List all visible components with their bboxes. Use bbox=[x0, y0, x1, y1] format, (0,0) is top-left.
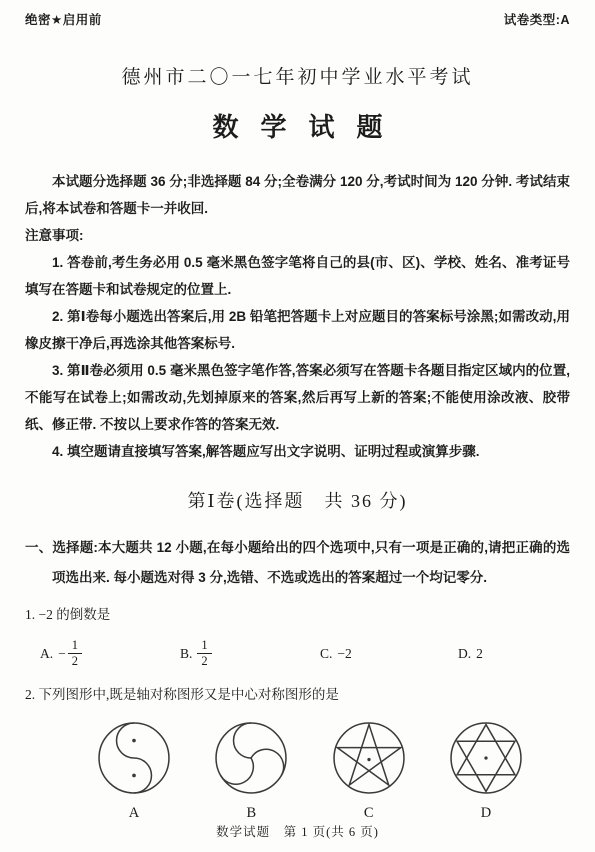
paper-type-label: 试卷类型:A bbox=[504, 10, 570, 28]
q2-figure-a: A bbox=[95, 720, 173, 822]
q2-figure-c: C bbox=[330, 720, 408, 822]
triple-swirl-icon bbox=[213, 720, 289, 796]
q1-option-c: C. −2 bbox=[320, 646, 458, 662]
question-1-options: A. − 12 B. 12 C. −2 D. 2 bbox=[25, 638, 570, 669]
option-value: −2 bbox=[337, 646, 351, 662]
figure-label: C bbox=[330, 805, 408, 822]
q2-figure-b: B bbox=[212, 720, 290, 822]
q2-figure-d: D bbox=[447, 720, 525, 822]
fraction-denominator: 2 bbox=[68, 653, 82, 669]
option-label: D. bbox=[458, 646, 471, 662]
q1-option-b: B. 12 bbox=[180, 638, 320, 669]
fraction-denominator: 2 bbox=[197, 653, 211, 669]
option-value: 2 bbox=[476, 646, 483, 662]
paper-title-wrap: 数学试题 bbox=[25, 107, 570, 144]
notice-label: 注意事项: bbox=[25, 222, 570, 249]
intro-paragraph: 本试题分选择题 36 分;非选择题 84 分;全卷满分 120 分,考试时间为 … bbox=[25, 168, 570, 222]
fraction: 12 bbox=[68, 638, 82, 669]
section-1-instructions: 一、选择题:本大题共 12 小题,在每小题给出的四个选项中,只有一项是正确的,请… bbox=[25, 533, 570, 593]
fraction-numerator: 1 bbox=[68, 638, 82, 653]
note-3: 3. 第Ⅱ卷必须用 0.5 毫米黑色签字笔作答,答案必须写在答题卡各题目指定区域… bbox=[25, 357, 570, 438]
option-label: A. bbox=[40, 646, 53, 662]
page-footer: 数学试题 第 1 页(共 6 页) bbox=[0, 822, 595, 840]
page-header: 绝密★启用前 试卷类型:A bbox=[25, 0, 570, 28]
section-1-title: 第Ⅰ卷(选择题 共 36 分) bbox=[25, 487, 570, 513]
figure-label: B bbox=[212, 805, 290, 822]
minus-sign: − bbox=[58, 646, 66, 662]
hexagram-icon bbox=[448, 720, 524, 796]
question-2-figures: A B C bbox=[95, 720, 525, 822]
fraction: 12 bbox=[197, 638, 211, 669]
paper-title: 数学试题 bbox=[212, 107, 404, 144]
fraction-numerator: 1 bbox=[197, 638, 211, 653]
exam-paper-page: 绝密★启用前 试卷类型:A 德州市二〇一七年初中学业水平考试 数学试题 本试题分… bbox=[0, 0, 595, 852]
pentagram-icon bbox=[331, 720, 407, 796]
yin-yang-icon bbox=[96, 720, 172, 796]
confidential-label: 绝密★启用前 bbox=[25, 10, 102, 28]
note-1: 1. 答卷前,考生务必用 0.5 毫米黑色签字笔将自己的县(市、区)、学校、姓名… bbox=[25, 249, 570, 303]
note-4: 4. 填空题请直接填写答案,解答题应写出文字说明、证明过程或演算步骤. bbox=[25, 438, 570, 465]
note-2: 2. 第Ⅰ卷每小题选出答案后,用 2B 铅笔把答题卡上对应题目的答案标号涂黑;如… bbox=[25, 303, 570, 357]
option-label: C. bbox=[320, 646, 332, 662]
figure-label: D bbox=[447, 805, 525, 822]
exam-title: 德州市二〇一七年初中学业水平考试 bbox=[25, 62, 570, 89]
q1-option-a: A. − 12 bbox=[40, 638, 180, 669]
question-1-text: 1. −2 的倒数是 bbox=[25, 601, 570, 628]
question-2-text: 2. 下列图形中,既是轴对称图形又是中心对称图形的是 bbox=[25, 681, 570, 708]
q1-option-d: D. 2 bbox=[458, 646, 570, 662]
figure-label: A bbox=[95, 805, 173, 822]
option-label: B. bbox=[180, 646, 192, 662]
